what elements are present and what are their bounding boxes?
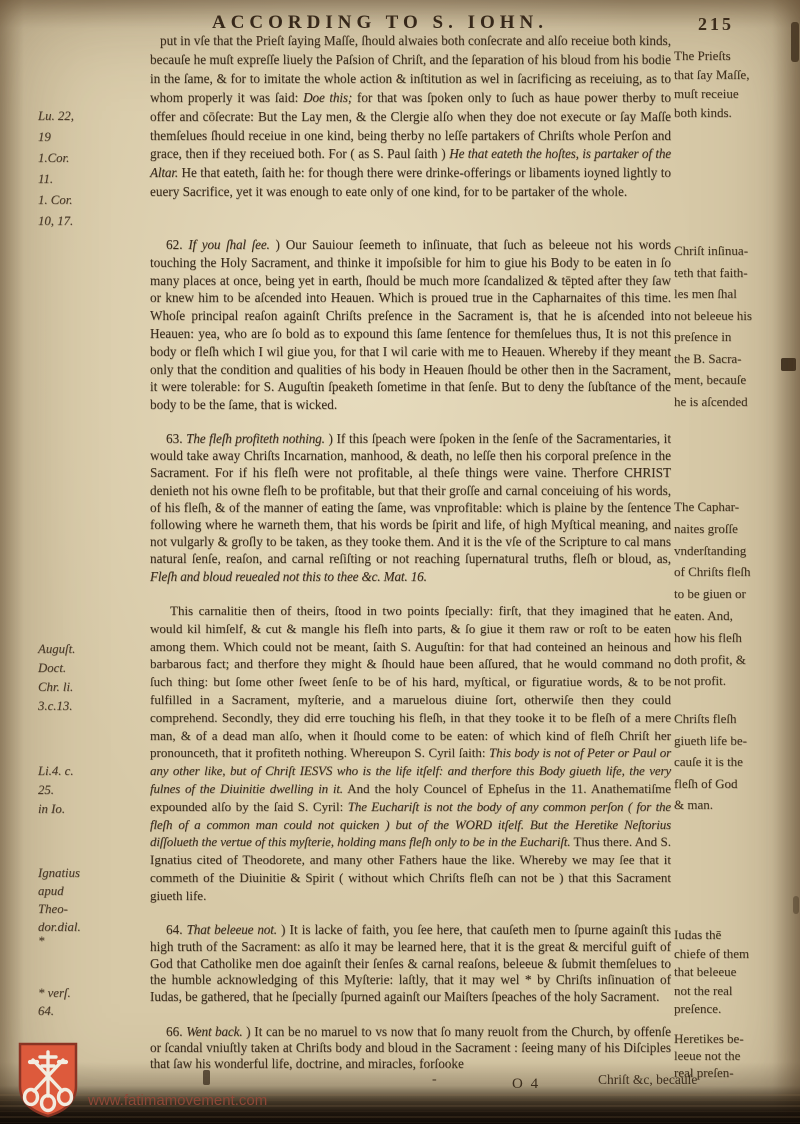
watermark-url: www.fatimamovement.com <box>88 1092 267 1109</box>
annotation-paragraph-62: 62. If you ſhal ſee. ) Our Sauiour ſeeme… <box>150 236 671 414</box>
annotation-paragraph-66: 66. Went back. ) It can be no maruel to … <box>150 1024 671 1073</box>
annotation-paragraph-carnalitie: This carnalitie then of theirs, ſtood in… <box>150 602 671 905</box>
margin-summary-capharnaites: The Caphar- naites groſſe vnderſtanding … <box>674 496 796 692</box>
margin-citation-ignatius: Ignatius apud Theo- dor.dial. <box>38 864 146 936</box>
margin-citation-cyril: Li.4. c. 25. in Io. <box>38 762 146 819</box>
margin-asterisk-mark: * <box>38 932 146 950</box>
scanned-book-page: ACCORDING TO S. IOHN. 215 put in vſe tha… <box>0 0 800 1124</box>
margin-summary-priests-both-kinds: The Prieſts that ſay Maſſe, muſt receiue… <box>674 46 796 122</box>
page-edge-ink-mark <box>793 896 799 914</box>
margin-citation-verse-64: * verſ. 64. <box>38 984 146 1020</box>
margin-summary-iudas-chiefe: Iudas thē chiefe of them that beleeue no… <box>674 926 796 1019</box>
margin-citation-luke-corinthians: Lu. 22, 19 1.Cor. 11. 1. Cor. 10, 17. <box>38 106 146 232</box>
paragraph-continuation: put in vſe that the Prieſt ſaying Maſſe,… <box>150 32 671 202</box>
annotation-paragraph-63: 63. The fleſh profiteth nothing. ) If th… <box>150 430 671 585</box>
annotation-paragraph-64: 64. That beleeue not. ) It is lacke of f… <box>150 922 671 1006</box>
signature-mark: O 4 <box>512 1076 540 1093</box>
catchword: Chriſt &c, becauſe <box>598 1072 697 1088</box>
margin-citation-augustin: Auguſt. Doct. Chr. li. 3.c.13. <box>38 640 146 716</box>
margin-summary-christs-flesh-giueth-life: Chriſts fleſh giueth life be- cauſe it i… <box>674 708 796 816</box>
crossed-keys-shield-icon <box>16 1040 80 1120</box>
margin-summary-christ-insinuateth: Chriſt inſinua- teth that faith- les men… <box>674 240 796 412</box>
running-title: ACCORDING TO S. IOHN. <box>150 12 610 34</box>
page-number: 215 <box>698 14 734 35</box>
footer-dash: - <box>432 1072 437 1088</box>
